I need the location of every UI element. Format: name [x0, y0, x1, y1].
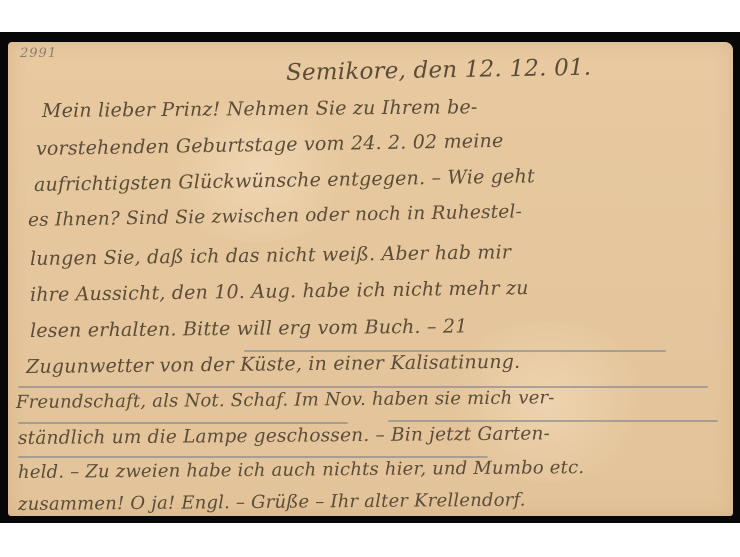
pencil-underline — [18, 422, 348, 424]
place-date-header: Semikore, den 12. 12. 01. — [286, 55, 592, 86]
pencil-underline — [18, 386, 708, 388]
archive-number: 2991 — [20, 46, 57, 61]
letter-line-11: held. – Zu zweien habe ich auch nichts h… — [18, 457, 584, 483]
letter-line-12: zusammen! O ja! Engl. – Grüße – Ihr alte… — [18, 490, 526, 515]
letter-line-7: lesen erhalten. Bitte will erg vom Buch.… — [30, 315, 468, 342]
letter-line-9: Freundschaft, als Not. Schaf. Im Nov. ha… — [16, 387, 555, 413]
letter-line-3: aufrichtigsten Glückwünsche entgegen. – … — [34, 165, 535, 196]
pencil-underline — [388, 420, 718, 422]
letter-line-8: Zugunwetter von der Küste, in einer Kali… — [26, 351, 521, 378]
letter-line-10: ständlich um die Lampe geschossen. – Bin… — [18, 423, 550, 449]
letter-line-6: ihre Aussicht, den 10. Aug. habe ich nic… — [30, 277, 529, 306]
letter-line-5: lungen Sie, daß ich das nicht weiß. Aber… — [30, 241, 511, 270]
postcard: 2991 Semikore, den 12. 12. 01. Mein lieb… — [8, 42, 733, 516]
letter-line-4: es Ihnen? Sind Sie zwischen oder noch in… — [28, 201, 522, 231]
letter-line-1: Mein lieber Prinz! Nehmen Sie zu Ihrem b… — [42, 96, 478, 122]
letter-line-2: vorstehenden Geburtstage vom 24. 2. 02 m… — [36, 130, 504, 160]
